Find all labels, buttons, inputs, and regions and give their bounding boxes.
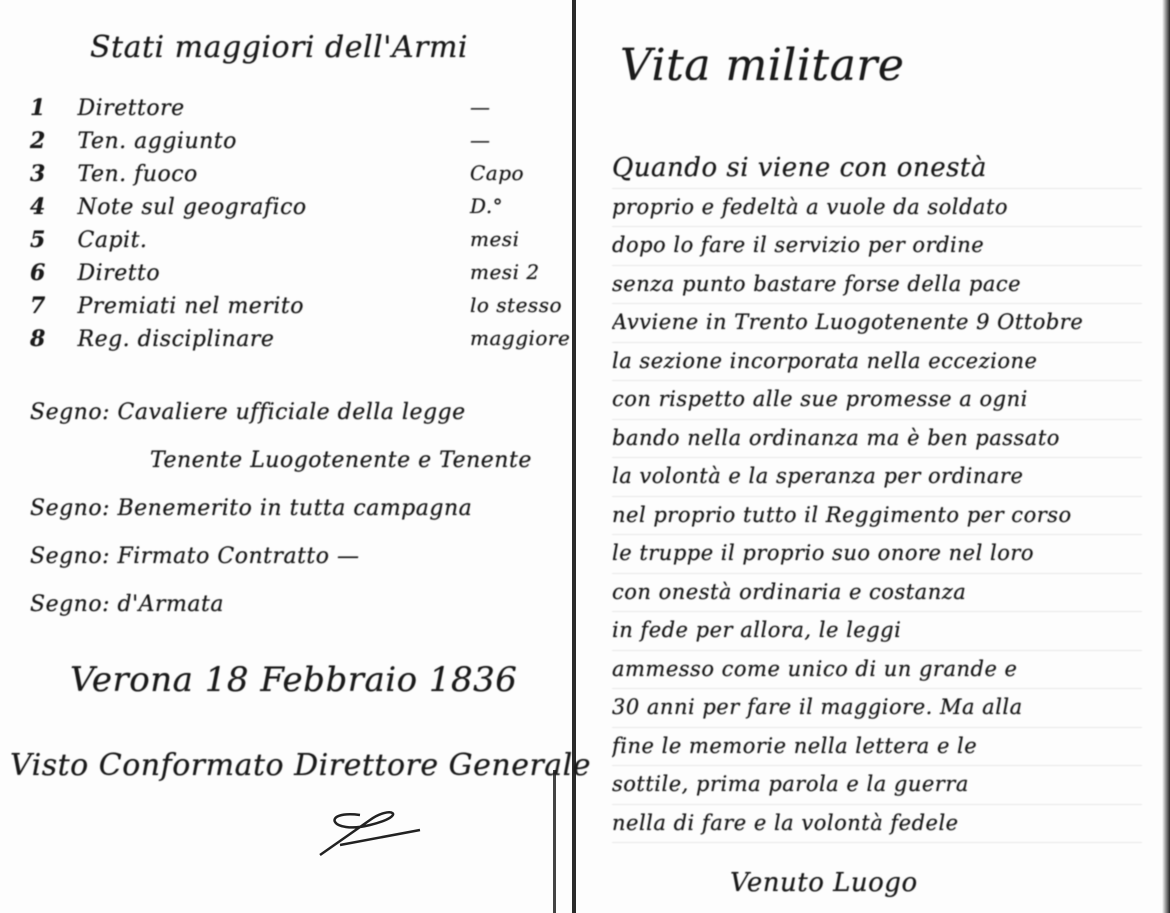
list-number: 2 [30, 128, 70, 154]
paragraph-line: 30 anni per fare il maggiore. Ma alla [612, 689, 1142, 728]
list-name: Capit. [78, 228, 148, 253]
paragraph-line: ammesso come unico di un grande e [612, 651, 1142, 690]
right-page: Vita militare Quando si viene con onestà… [578, 0, 1170, 913]
entry-line: Segno: Benemerito in tutta campagna [30, 496, 532, 544]
list-name: Diretto [78, 261, 161, 286]
left-page: Stati maggiori dell'Armi 1 Direttore — 2… [0, 0, 575, 913]
paragraph-line: con onestà ordinaria e costanza [612, 574, 1142, 613]
paragraph-line: bando nella ordinanza ma è ben passato [612, 420, 1142, 459]
signature-flourish-icon [300, 800, 450, 860]
list-name: Note sul geografico [78, 195, 307, 220]
list-item: 7 Premiati nel merito lo stesso [30, 293, 307, 326]
list-number: 6 [30, 260, 70, 286]
list-value: — [470, 95, 491, 119]
list-value: mesi 2 [470, 260, 540, 284]
staff-list: 1 Direttore — 2 Ten. aggiunto — 3 Ten. f… [30, 95, 307, 359]
paragraph-line: sottile, prima parola e la guerra [612, 766, 1142, 805]
right-page-title: Vita militare [620, 40, 904, 91]
list-name: Ten. aggiunto [78, 129, 237, 154]
paragraph-line: Avviene in Trento Luogotenente 9 Ottobre [612, 304, 1142, 343]
paragraph-line: in fede per allora, le leggi [612, 612, 1142, 651]
list-name: Direttore [78, 96, 185, 121]
entry-line: Segno: Firmato Contratto — [30, 544, 532, 592]
paragraph-line: nella di fare e la volontà fedele [612, 805, 1142, 844]
paragraph-line: le truppe il proprio suo onore nel loro [612, 535, 1142, 574]
list-number: 4 [30, 194, 70, 220]
list-number: 8 [30, 326, 70, 352]
list-item: 3 Ten. fuoco Capo [30, 161, 307, 194]
list-value: maggiore [470, 326, 570, 350]
paragraph-line: la sezione incorporata nella eccezione [612, 343, 1142, 382]
list-item: 6 Diretto mesi 2 [30, 260, 307, 293]
entry-line: Tenente Luogotenente e Tenente [30, 448, 532, 496]
entry-line: Segno: d'Armata [30, 592, 532, 640]
left-signature: Visto Conformato Direttore Generale [10, 748, 591, 783]
list-name: Ten. fuoco [78, 162, 198, 187]
left-page-title: Stati maggiori dell'Armi [90, 30, 468, 65]
list-number: 5 [30, 227, 70, 253]
list-item: 1 Direttore — [30, 95, 307, 128]
paragraph-line: Quando si viene con onestà [612, 150, 1142, 189]
list-name: Premiati nel merito [78, 294, 304, 319]
paragraph-line: la volontà e la speranza per ordinare [612, 458, 1142, 497]
list-value: lo stesso [470, 293, 562, 317]
list-item: 2 Ten. aggiunto — [30, 128, 307, 161]
list-value: D.° [470, 194, 503, 218]
list-value: — [470, 128, 491, 152]
paragraph-line: proprio e fedeltà a vuole da soldato [612, 189, 1142, 228]
paragraph-line: con rispetto alle sue promesse a ogni [612, 381, 1142, 420]
list-value: mesi [470, 227, 519, 251]
list-value: Capo [470, 161, 524, 185]
list-number: 3 [30, 161, 70, 187]
list-number: 1 [30, 95, 70, 121]
paragraph-line: dopo lo fare il servizio per ordine [612, 227, 1142, 266]
paragraph: Quando si viene con onestà proprio e fed… [612, 150, 1142, 843]
right-signature: Venuto Luogo [730, 868, 918, 898]
signature-entries: Segno: Cavaliere ufficiale della legge T… [30, 400, 532, 640]
list-item: 5 Capit. mesi [30, 227, 307, 260]
document-date: Verona 18 Febbraio 1836 [70, 660, 517, 700]
list-item: 4 Note sul geografico D.° [30, 194, 307, 227]
list-number: 7 [30, 293, 70, 319]
paragraph-line: nel proprio tutto il Reggimento per cors… [612, 497, 1142, 536]
entry-line: Segno: Cavaliere ufficiale della legge [30, 400, 532, 448]
list-name: Reg. disciplinare [78, 327, 275, 352]
paragraph-line: fine le memorie nella lettera e le [612, 728, 1142, 767]
list-item: 8 Reg. disciplinare maggiore [30, 326, 307, 359]
paragraph-line: senza punto bastare forse della pace [612, 266, 1142, 305]
